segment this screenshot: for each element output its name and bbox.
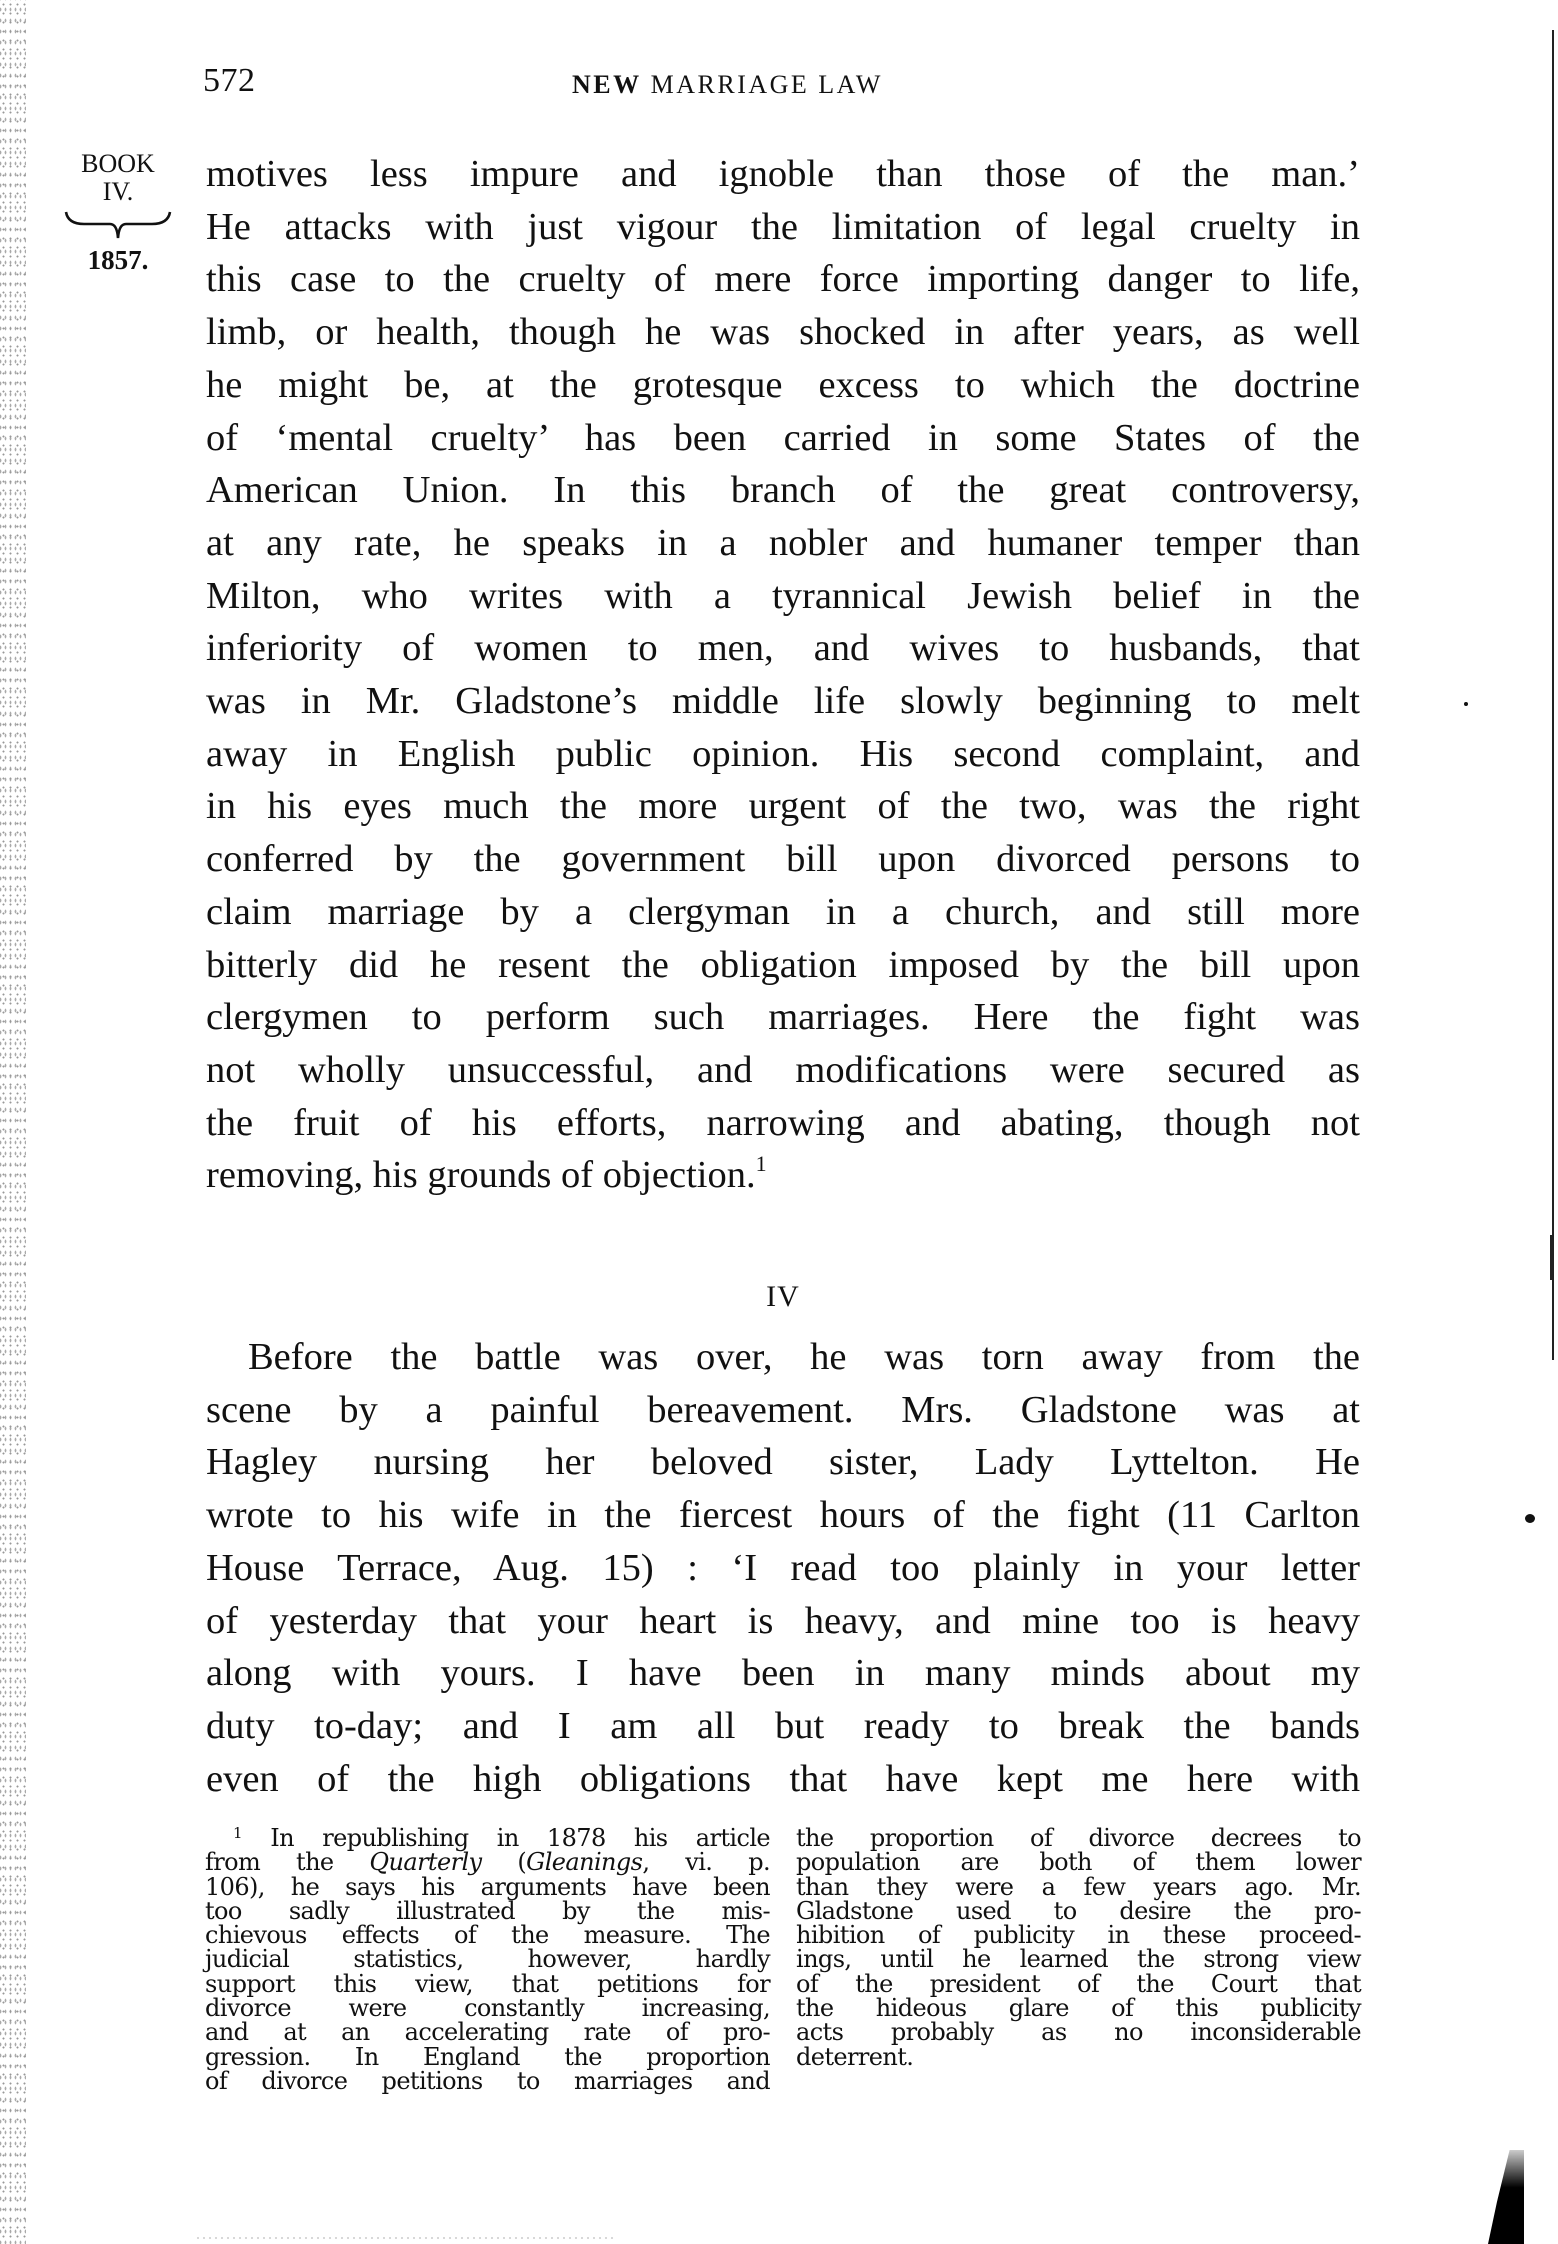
text-line: Hagley nursing her beloved sister, Lady … [206,1436,1360,1489]
running-title-first-word: NEW [572,70,642,99]
text-line: of yesterday that your heart is heavy, a… [206,1595,1360,1648]
text-line: scene by a painful bereavement. Mrs. Gla… [206,1384,1360,1437]
margin-volume-label: IV. [62,178,174,206]
text-line: wrote to his wife in the fiercest hours … [206,1489,1360,1542]
footnote-line: Gladstone used to desire the pro- [796,1899,1361,1923]
footnote-line: and at an accelerating rate of pro- [205,2020,770,2044]
footnote-marker: 1 [233,1824,242,1842]
text-line: Milton, who writes with a tyrannical Jew… [206,570,1360,623]
margin-book-label: BOOK [62,150,174,178]
text-line: Before the battle was over, he was torn … [206,1331,1360,1384]
text-line: He attacks with just vigour the limitati… [206,201,1360,254]
scan-mark-right [1550,1235,1552,1280]
text-line: at any rate, he speaks in a nobler and h… [206,517,1360,570]
text-line: limb, or health, though he was shocked i… [206,306,1360,359]
footnote-line: 1 In republishing in 1878 his article [205,1826,770,1850]
running-title-rest: MARRIAGE LAW [651,70,883,99]
footnote-line: the hideous glare of this publicity [796,1996,1361,2020]
footnote-line: too sadly illustrated by the mis- [205,1899,770,1923]
footnote-line: the proportion of divorce decrees to [796,1826,1361,1850]
margin-year-label: 1857. [62,246,174,274]
text-line: House Terrace, Aug. 15) : ‘I read too pl… [206,1542,1360,1595]
text-line: in his eyes much the more urgent of the … [206,780,1360,833]
footnote-line: of divorce petitions to marriages and [205,2069,770,2093]
footnote-line: population are both of them lower [796,1850,1361,1874]
footnote-reference[interactable]: 1 [756,1151,767,1176]
text-line: claim marriage by a clergyman in a churc… [206,886,1360,939]
footnote-line: support this view, that petitions for [205,1972,770,1996]
curly-brace-icon [62,208,174,244]
footnote-line: of the president of the Court that [796,1972,1361,1996]
text-line: away in English public opinion. His seco… [206,728,1360,781]
footnote-line: acts probably as no inconsiderable [796,2020,1361,2044]
paragraph-2: Before the battle was over, he was torn … [206,1331,1360,1805]
text-line: even of the high obligations that have k… [206,1753,1360,1806]
text-line: along with yours. I have been in many mi… [206,1647,1360,1700]
text-line-last: removing, his grounds of objection.1 [206,1149,1360,1202]
scan-edge-speckle-left [0,0,26,2244]
text-line: was in Mr. Gladstone’s middle life slowl… [206,675,1360,728]
section-heading: IV [206,1280,1360,1314]
scan-corner-shadow [1488,2150,1524,2244]
footnote-line: than they were a few years ago. Mr. [796,1875,1361,1899]
footnote-line: deterrent. [796,2045,1361,2069]
running-title: NEW MARRIAGE LAW [572,70,883,100]
text-line-content: removing, his grounds of objection. [206,1154,756,1196]
footnote-line: divorce were constantly increasing, [205,1996,770,2020]
footnote-line: 106), he says his arguments have been [205,1875,770,1899]
text-line: bitterly did he resent the obligation im… [206,939,1360,992]
page-header: 572 NEW MARRIAGE LAW [0,62,1558,102]
text-line: inferiority of women to men, and wives t… [206,622,1360,675]
ink-blot [1525,1514,1535,1523]
scan-edge-line-right [1552,30,1554,1360]
text-line: duty to-day; and I am all but ready to b… [206,1700,1360,1753]
footnote-line: chievous effects of the measure. The [205,1923,770,1947]
footnote-line: hibition of publicity in these proceed- [796,1923,1361,1947]
text-line: the fruit of his efforts, narrowing and … [206,1097,1360,1150]
margin-note: BOOK IV. 1857. [62,150,174,274]
text-line: motives less impure and ignoble than tho… [206,148,1360,201]
footnote-column-left: 1 In republishing in 1878 his article fr… [205,1826,770,2093]
text-line: this case to the cruelty of mere force i… [206,253,1360,306]
text-line: not wholly unsuccessful, and modificatio… [206,1044,1360,1097]
text-line: he might be, at the grotesque excess to … [206,359,1360,412]
paragraph-1: motives less impure and ignoble than tho… [206,148,1360,1202]
footnote-column-right: the proportion of divorce decrees to pop… [796,1826,1361,2069]
footnote-line: judicial statistics, however, hardly [205,1947,770,1971]
page-number: 572 [203,62,256,100]
footnote-line: from the Quarterly (Gleanings, vi. p. [205,1850,770,1874]
footnote-line: gression. In England the proportion [205,2045,770,2069]
ink-speck [1464,702,1468,706]
footnote-line: ings, until he learned the strong view [796,1947,1361,1971]
text-line: of ‘mental cruelty’ has been carried in … [206,412,1360,465]
scan-edge-speckle-bottom [195,2236,615,2240]
text-line: conferred by the government bill upon di… [206,833,1360,886]
text-line: clergymen to perform such marriages. Her… [206,991,1360,1044]
text-line: American Union. In this branch of the gr… [206,464,1360,517]
